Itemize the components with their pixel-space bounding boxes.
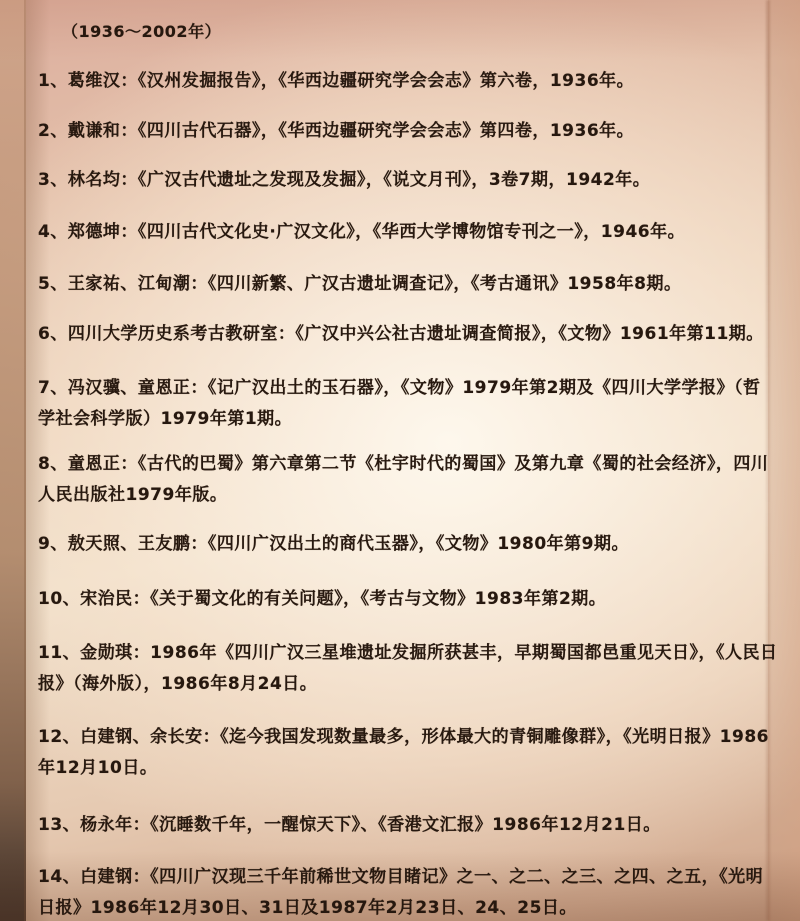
- document-page: （1936～2002年） 1、葛维汉：《汉州发掘报告》，《华西边疆研究学会会志》…: [0, 0, 800, 921]
- year-range-heading: （1936～2002年）: [62, 16, 800, 47]
- reference-item-1: 1、葛维汉：《汉州发掘报告》，《华西边疆研究学会会志》第六卷，1936年。: [38, 66, 780, 97]
- reference-item-12: 12、白建钢、余长安：《迄今我国发现数量最多，形体最大的青铜雕像群》，《光明日报…: [38, 722, 780, 784]
- reference-item-9: 9、敖天照、王友鹏：《四川广汉出土的商代玉器》，《文物》1980年第9期。: [38, 529, 780, 560]
- reference-item-2: 2、戴谦和：《四川古代石器》，《华西边疆研究学会会志》第四卷，1936年。: [38, 116, 780, 147]
- reference-item-11: 11、金勋琪：1986年《四川广汉三星堆遗址发掘所获甚丰，早期蜀国都邑重见天日》…: [38, 638, 780, 700]
- reference-item-7: 7、冯汉骥、童恩正：《记广汉出土的玉石器》，《文物》1979年第2期及《四川大学…: [38, 373, 780, 435]
- reference-item-4: 4、郑德坤：《四川古代文化史·广汉文化》，《华西大学博物馆专刊之一》，1946年…: [38, 217, 780, 248]
- reference-item-8: 8、童恩正：《古代的巴蜀》第六章第二节《杜宇时代的蜀国》及第九章《蜀的社会经济》…: [38, 449, 780, 511]
- reference-item-10: 10、宋治民：《关于蜀文化的有关问题》，《考古与文物》1983年第2期。: [38, 584, 780, 615]
- page-edge-left: [0, 0, 26, 921]
- reference-item-3: 3、林名均：《广汉古代遗址之发现及发掘》，《说文月刊》，3卷7期，1942年。: [38, 165, 780, 196]
- reference-item-14: 14、白建钢：《四川广汉现三千年前稀世文物目睹记》之一、之二、之三、之四、之五，…: [38, 862, 780, 921]
- reference-item-13: 13、杨永年：《沉睡数千年，一醒惊天下》、《香港文汇报》1986年12月21日。: [38, 810, 780, 841]
- reference-item-5: 5、王家祐、江甸潮：《四川新繁、广汉古遗址调查记》，《考古通讯》1958年8期。: [38, 269, 780, 300]
- reference-item-6: 6、四川大学历史系考古教研室：《广汉中兴公社古遗址调查简报》，《文物》1961年…: [38, 319, 780, 350]
